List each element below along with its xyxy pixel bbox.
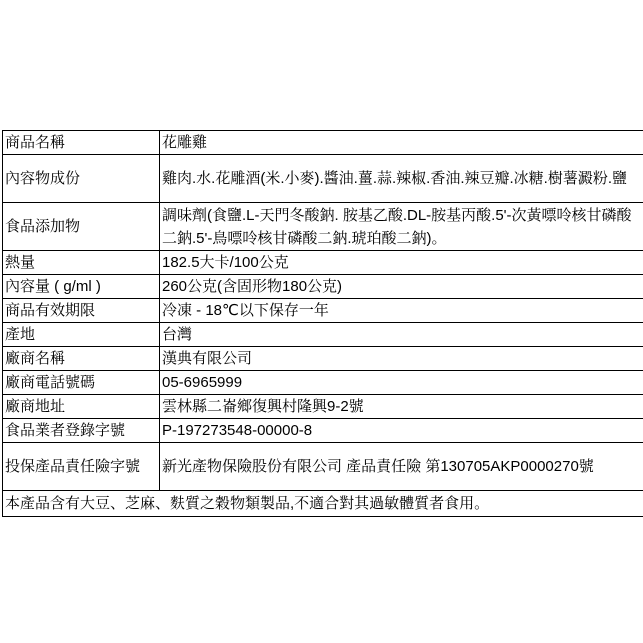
row-label-ingredients: 內容物成份 <box>3 155 160 203</box>
allergen-warning-note: 本產品含有大豆、芝麻、麩質之穀物類製品,不適合對其過敏體質者食用。 <box>3 491 643 517</box>
table-row: 內容物成份 雞肉.水.花雕酒(米.小麥).醬油.薑.蒜.辣椒.香油.辣豆瓣.冰糖… <box>3 155 643 203</box>
row-label-manufacturer: 廠商名稱 <box>3 347 160 371</box>
row-value-additives: 調味劑(食鹽.L-天門冬酸鈉. 胺基乙酸.DL-胺基丙酸.5'-次黃嘌呤核甘磷酸… <box>160 203 643 251</box>
table-row: 廠商電話號碼 05-6965999 <box>3 371 643 395</box>
table-row: 廠商名稱 漢典有限公司 <box>3 347 643 371</box>
table-row: 內容量 ( g/ml ) 260公克(含固形物180公克) <box>3 275 643 299</box>
product-info-page: 商品名稱 花雕雞 內容物成份 雞肉.水.花雕酒(米.小麥).醬油.薑.蒜.辣椒.… <box>0 0 643 643</box>
row-label-additives: 食品添加物 <box>3 203 160 251</box>
row-label-origin: 產地 <box>3 323 160 347</box>
row-label-shelf-life: 商品有效期限 <box>3 299 160 323</box>
row-label-phone: 廠商電話號碼 <box>3 371 160 395</box>
table-row: 熱量 182.5大卡/100公克 <box>3 251 643 275</box>
row-label-liability-insurance: 投保產品責任險字號 <box>3 443 160 491</box>
row-label-registration-number: 食品業者登錄字號 <box>3 419 160 443</box>
row-value-address: 雲林縣二崙鄉復興村隆興9-2號 <box>160 395 643 419</box>
table-row: 商品有效期限 冷凍 - 18℃以下保存一年 <box>3 299 643 323</box>
row-value-ingredients: 雞肉.水.花雕酒(米.小麥).醬油.薑.蒜.辣椒.香油.辣豆瓣.冰糖.樹薯澱粉.… <box>160 155 643 203</box>
row-label-address: 廠商地址 <box>3 395 160 419</box>
row-value-product-name: 花雕雞 <box>160 131 643 155</box>
row-label-calories: 熱量 <box>3 251 160 275</box>
row-value-shelf-life: 冷凍 - 18℃以下保存一年 <box>160 299 643 323</box>
product-spec-table: 商品名稱 花雕雞 內容物成份 雞肉.水.花雕酒(米.小麥).醬油.薑.蒜.辣椒.… <box>2 130 643 517</box>
table-row: 食品添加物 調味劑(食鹽.L-天門冬酸鈉. 胺基乙酸.DL-胺基丙酸.5'-次黃… <box>3 203 643 251</box>
row-value-calories: 182.5大卡/100公克 <box>160 251 643 275</box>
table-row: 食品業者登錄字號 P-197273548-00000-8 <box>3 419 643 443</box>
table-row: 廠商地址 雲林縣二崙鄉復興村隆興9-2號 <box>3 395 643 419</box>
row-value-phone: 05-6965999 <box>160 371 643 395</box>
row-value-manufacturer: 漢典有限公司 <box>160 347 643 371</box>
row-label-net-content: 內容量 ( g/ml ) <box>3 275 160 299</box>
table-row: 投保產品責任險字號 新光產物保險股份有限公司 產品責任險 第130705AKP0… <box>3 443 643 491</box>
row-value-origin: 台灣 <box>160 323 643 347</box>
row-value-registration-number: P-197273548-00000-8 <box>160 419 643 443</box>
table-row: 產地 台灣 <box>3 323 643 347</box>
table-row: 本產品含有大豆、芝麻、麩質之穀物類製品,不適合對其過敏體質者食用。 <box>3 491 643 517</box>
row-value-net-content: 260公克(含固形物180公克) <box>160 275 643 299</box>
row-value-liability-insurance: 新光產物保險股份有限公司 產品責任險 第130705AKP0000270號 <box>160 443 643 491</box>
row-label-product-name: 商品名稱 <box>3 131 160 155</box>
table-row: 商品名稱 花雕雞 <box>3 131 643 155</box>
